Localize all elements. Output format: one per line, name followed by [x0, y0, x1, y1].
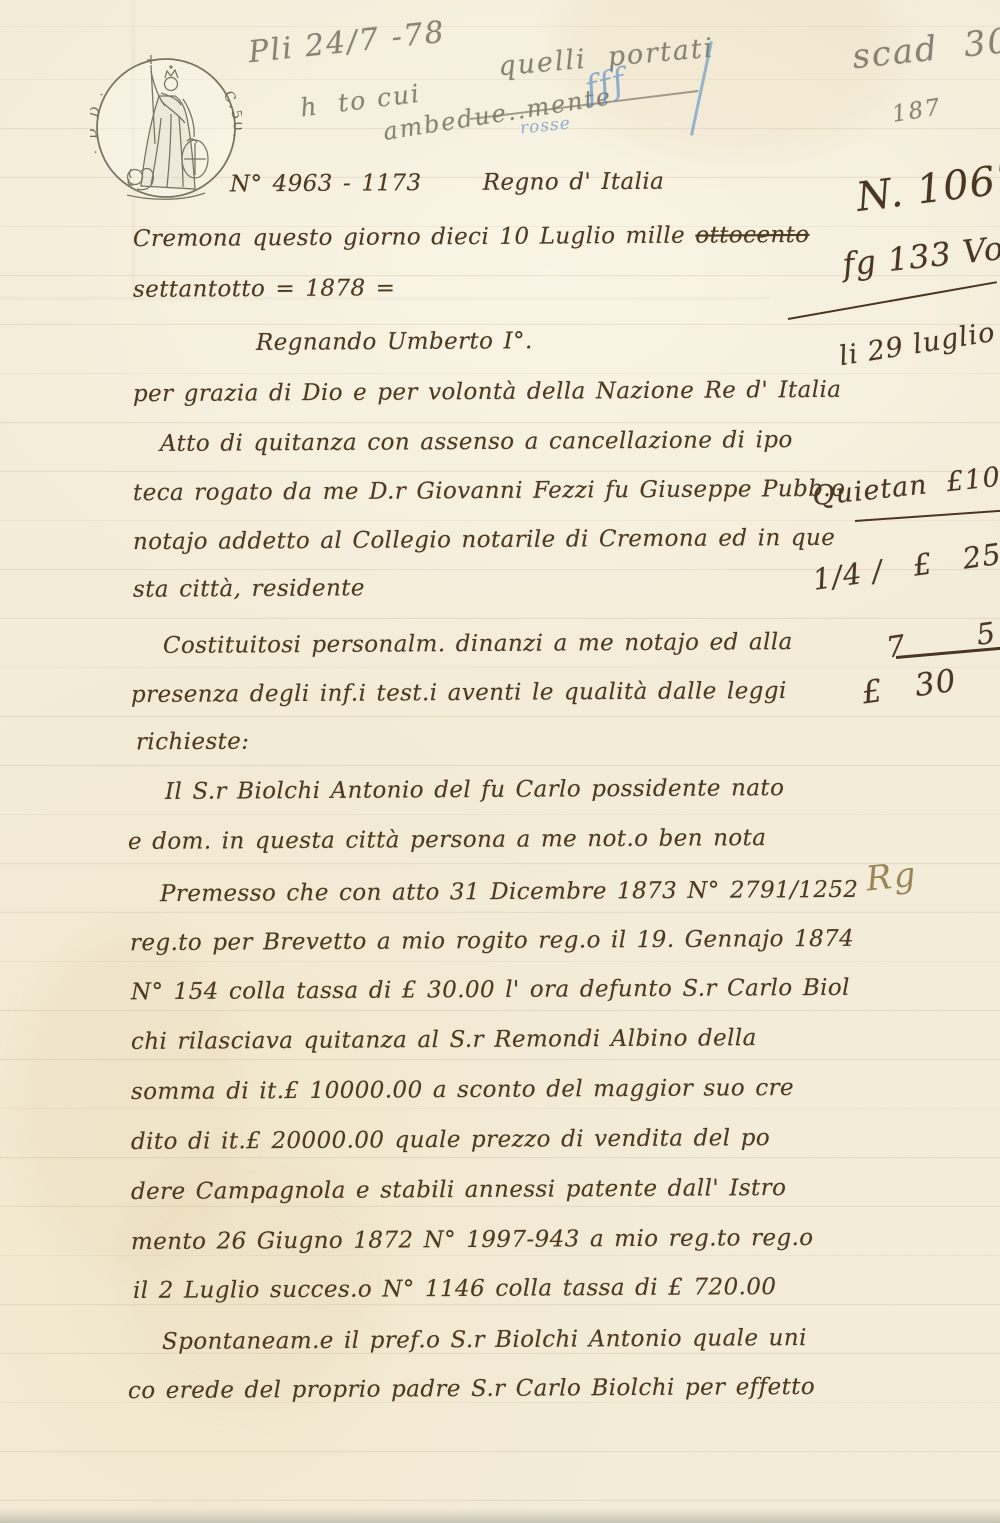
manuscript-line: chi rilasciava quitanza al S.r Remondi A… — [131, 1027, 757, 1054]
manuscript-line: notajo addetto al Collegio notarile di C… — [133, 527, 835, 554]
manuscript-line: settantotto = 1878 = — [133, 277, 395, 302]
margin-pencil-year: 187 — [891, 96, 944, 127]
manuscript-line: dito di it.£ 20000.00 quale prezzo di ve… — [131, 1127, 770, 1154]
manuscript-line: Premesso che con atto 31 Dicembre 1873 N… — [160, 879, 859, 906]
manuscript-line: mento 26 Giugno 1872 N° 1997-943 a mio r… — [131, 1227, 814, 1254]
manuscript-line: Spontaneam.e il pref.o S.r Biolchi Anton… — [162, 1327, 807, 1354]
margin-initials: Rg — [864, 857, 919, 896]
manuscript-line: Il S.r Biolchi Antonio del fu Carlo poss… — [165, 777, 784, 804]
manuscript-page: { "colors":{"ink":"#4a3722","pencil":"#7… — [0, 0, 1000, 1523]
page-edge-shadow — [0, 1508, 1000, 1523]
manuscript-line: dere Campagnola e stabili annessi patent… — [131, 1177, 786, 1204]
manuscript-line: co erede del proprio padre S.r Carlo Bio… — [128, 1376, 815, 1403]
manuscript-line: reg.to per Brevetto a mio rogito reg.o i… — [130, 928, 854, 955]
margin-rule-stroke — [788, 281, 997, 320]
manuscript-line: presenza degli inf.i test.i aventi le qu… — [131, 680, 787, 707]
pencil-note: Pli 24/7 -78 — [247, 18, 447, 69]
manuscript-line: Atto di quitanza con assenso a cancellaz… — [160, 429, 793, 456]
margin-registration-date: li 29 luglio 187 — [837, 309, 1000, 370]
revenue-stamp: C.50. · D D · — [90, 38, 242, 220]
manuscript-line: il 2 Luglio succes.o N° 1146 colla tassa… — [133, 1276, 776, 1303]
margin-foglio-volume: fg 133 Vol n — [841, 227, 1000, 280]
blue-pencil-note: rosse — [519, 115, 571, 137]
manuscript-line: richieste: — [136, 731, 250, 755]
struck-word: ottocento — [695, 222, 809, 249]
manuscript-line: sta città, residente — [133, 577, 365, 601]
manuscript-line: N° 154 colla tassa di £ 30.00 l' ora def… — [131, 977, 850, 1004]
blue-pencil-scribble: fff — [581, 64, 629, 107]
manuscript-line: Regnando Umberto I°. — [256, 330, 533, 355]
margin-underline — [855, 510, 1000, 523]
margin-pencil-top: scad 30 — [851, 24, 1000, 74]
margin-fee-row: 1/4 / £ 25. — [811, 538, 1000, 595]
manuscript-line: per grazia di Dio e per volontà della Na… — [133, 379, 841, 406]
manuscript-line: N° 4963 - 1173 Regno d' Italia — [230, 171, 664, 197]
manuscript-line: e dom. in questa città persona a me not.… — [128, 827, 767, 854]
line-text: Cremona questo giorno dieci 10 Luglio mi… — [133, 223, 695, 252]
manuscript-line: somma di it.£ 10000.00 a sconto del magg… — [131, 1077, 794, 1104]
manuscript-line: Cremona questo giorno dieci 10 Luglio mi… — [133, 224, 810, 251]
manuscript-line: teca rogato da me D.r Giovanni Fezzi fu … — [133, 478, 845, 505]
margin-repertorio-number: N. 1067 — [854, 158, 1000, 218]
manuscript-line: Costituitosi personalm. dinanzi a me not… — [163, 631, 793, 658]
margin-fee-total: £ 30 — [860, 666, 958, 710]
